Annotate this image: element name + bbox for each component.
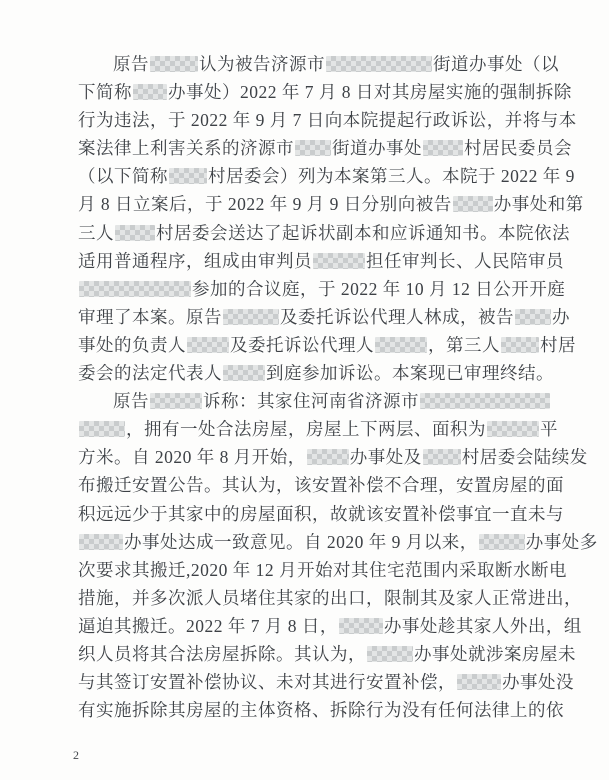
text-segment: 有实施拆除其房屋的主体资格、拆除行为没有任何法律上的依: [78, 700, 564, 720]
redaction-block: [187, 337, 229, 353]
redaction-block: [501, 337, 539, 353]
text-segment: 办事处趁其家人外出，组: [384, 616, 582, 636]
text-segment: 积远远少于其家中的房屋面积，故就该安置补偿事宜一直未与: [78, 504, 564, 524]
document-line: 积远远少于其家中的房屋面积，故就该安置补偿事宜一直未与: [78, 500, 546, 528]
text-segment: 办: [552, 307, 570, 327]
text-segment: 村居民委员会: [464, 138, 572, 158]
document-line: 案法律上利害关系的济源市街道办事处村居民委员会: [78, 134, 546, 162]
document-body: 原告认为被告济源市街道办事处（以下简称办事处）2022 年 7 月 8 日对其房…: [78, 50, 546, 724]
document-line: 有实施拆除其房屋的主体资格、拆除行为没有任何法律上的依: [78, 696, 546, 724]
text-segment: 月 8 日立案后，于 2022 年 9 月 9 日分别向被告: [78, 194, 452, 214]
text-segment: 到庭参加诉讼。本案现已审理终结。: [266, 363, 554, 383]
redaction-block: [326, 56, 432, 72]
document-line: 月 8 日立案后，于 2022 年 9 月 9 日分别向被告办事处和第: [78, 190, 546, 218]
text-segment: （以下简称: [78, 166, 168, 186]
text-segment: 三人: [78, 223, 114, 243]
text-segment: 村居: [540, 335, 576, 355]
redaction-block: [295, 140, 331, 156]
text-segment: 办事处就涉案房屋未: [414, 644, 576, 664]
redaction-block: [453, 196, 493, 212]
document-line: 与其签订安置补偿协议、未对其进行安置补偿，办事处没: [78, 668, 546, 696]
redaction-block: [487, 421, 539, 437]
document-line: 办事处达成一致意见。自 2020 年 9 月以来，办事处多: [78, 528, 546, 556]
document-line: 原告诉称：其家住河南省济源市: [78, 387, 546, 415]
text-segment: 村居委会送达了起诉状副本和应诉通知书。本院依法: [156, 223, 570, 243]
text-segment: 办事处和第: [494, 194, 584, 214]
text-segment: 办事处及: [350, 447, 422, 467]
redaction-block: [375, 337, 427, 353]
text-segment: 村居委会陆续发: [462, 447, 588, 467]
text-segment: ，第三人: [428, 335, 500, 355]
document-page: 原告认为被告济源市街道办事处（以下简称办事处）2022 年 7 月 8 日对其房…: [0, 0, 609, 780]
text-segment: 办事处）2022 年 7 月 8 日对其房屋实施的强制拆除: [168, 82, 572, 102]
document-line: 织人员将其合法房屋拆除。其认为，办事处就涉案房屋未: [78, 640, 546, 668]
document-line: 原告认为被告济源市街道办事处（以: [78, 50, 546, 78]
redaction-block: [223, 365, 265, 381]
document-line: 次要求其搬迁,2020 年 12 月开始对其住宅范围内采取断水断电: [78, 556, 546, 584]
redaction-block: [79, 281, 191, 297]
redaction-block: [133, 84, 167, 100]
redaction-block: [223, 309, 279, 325]
text-segment: 审理了本案。原告: [78, 307, 222, 327]
document-line: 三人村居委会送达了起诉状副本和应诉通知书。本院依法: [78, 219, 546, 247]
text-segment: 平: [540, 419, 558, 439]
text-segment: 事处的负责人: [78, 335, 186, 355]
text-segment: 原告: [113, 54, 149, 74]
redaction-block: [169, 168, 207, 184]
text-segment: 街道办事处（以: [433, 54, 559, 74]
document-line: 逼迫其搬迁。2022 年 7 月 8 日，办事处趁其家人外出，组: [78, 612, 546, 640]
document-line: 方米。自 2020 年 8 月开始，办事处及村居委会陆续发: [78, 443, 546, 471]
redaction-block: [313, 253, 365, 269]
redaction-block: [79, 421, 125, 437]
text-segment: 诉称：其家住河南省济源市: [203, 391, 419, 411]
text-segment: ，拥有一处合法房屋，房屋上下两层、面积为: [126, 419, 486, 439]
page-number: 2: [73, 748, 79, 763]
redaction-block: [479, 534, 525, 550]
redaction-block: [423, 449, 461, 465]
document-line: 下简称办事处）2022 年 7 月 8 日对其房屋实施的强制拆除: [78, 78, 546, 106]
text-segment: 次要求其搬迁,2020 年 12 月开始对其住宅范围内采取断水断电: [78, 560, 567, 580]
document-line: 委会的法定代表人到庭参加诉讼。本案现已审理终结。: [78, 359, 546, 387]
text-segment: 措施，并多次派人员堵住其家的出口，限制其及家人正常进出，: [78, 588, 582, 608]
text-segment: 街道办事处: [332, 138, 422, 158]
text-segment: 原告: [113, 391, 149, 411]
document-line: 参加的合议庭，于 2022 年 10 月 12 日公开开庭: [78, 275, 546, 303]
text-segment: 行为违法，于 2022 年 9 月 7 日向本院提起行政诉讼，并将与本: [78, 110, 577, 130]
text-segment: 布搬迁安置公告。其认为，该安置补偿不合理，安置房屋的面: [78, 475, 564, 495]
text-segment: 村居委会）列为本案第三人。本院于 2022 年 9: [208, 166, 575, 186]
redaction-block: [423, 140, 463, 156]
document-line: 布搬迁安置公告。其认为，该安置补偿不合理，安置房屋的面: [78, 471, 546, 499]
text-segment: 下简称: [78, 82, 132, 102]
document-line: （以下简称村居委会）列为本案第三人。本院于 2022 年 9: [78, 162, 546, 190]
text-segment: 认为被告济源市: [199, 54, 325, 74]
text-segment: 委会的法定代表人: [78, 363, 222, 383]
redaction-block: [420, 393, 550, 409]
document-line: 适用普通程序，组成由审判员担任审判长、人民陪审员: [78, 247, 546, 275]
text-segment: 与其签订安置补偿协议、未对其进行安置补偿，: [78, 672, 456, 692]
redaction-block: [367, 646, 413, 662]
text-segment: 参加的合议庭，于 2022 年 10 月 12 日公开开庭: [192, 279, 565, 299]
text-segment: 及委托诉讼代理人林成，被告: [280, 307, 514, 327]
redaction-block: [457, 674, 501, 690]
text-segment: 织人员将其合法房屋拆除。其认为，: [78, 644, 366, 664]
redaction-block: [115, 225, 155, 241]
redaction-block: [150, 393, 202, 409]
text-segment: 担任审判长、人民陪审员: [366, 251, 564, 271]
redaction-block: [150, 56, 198, 72]
text-segment: 办事处没: [502, 672, 574, 692]
text-segment: 适用普通程序，组成由审判员: [78, 251, 312, 271]
document-line: 措施，并多次派人员堵住其家的出口，限制其及家人正常进出，: [78, 584, 546, 612]
redaction-block: [339, 618, 383, 634]
text-segment: 办事处多: [526, 532, 598, 552]
document-line: 行为违法，于 2022 年 9 月 7 日向本院提起行政诉讼，并将与本: [78, 106, 546, 134]
redaction-block: [79, 534, 123, 550]
redaction-block: [515, 309, 551, 325]
text-segment: 办事处达成一致意见。自 2020 年 9 月以来，: [124, 532, 478, 552]
text-segment: 及委托诉讼代理人: [230, 335, 374, 355]
document-line: ，拥有一处合法房屋，房屋上下两层、面积为平: [78, 415, 546, 443]
text-segment: 案法律上利害关系的济源市: [78, 138, 294, 158]
text-segment: 方米。自 2020 年 8 月开始，: [78, 447, 306, 467]
document-line: 事处的负责人及委托诉讼代理人，第三人村居: [78, 331, 546, 359]
document-line: 审理了本案。原告及委托诉讼代理人林成，被告办: [78, 303, 546, 331]
redaction-block: [307, 449, 349, 465]
text-segment: 逼迫其搬迁。2022 年 7 月 8 日，: [78, 616, 338, 636]
